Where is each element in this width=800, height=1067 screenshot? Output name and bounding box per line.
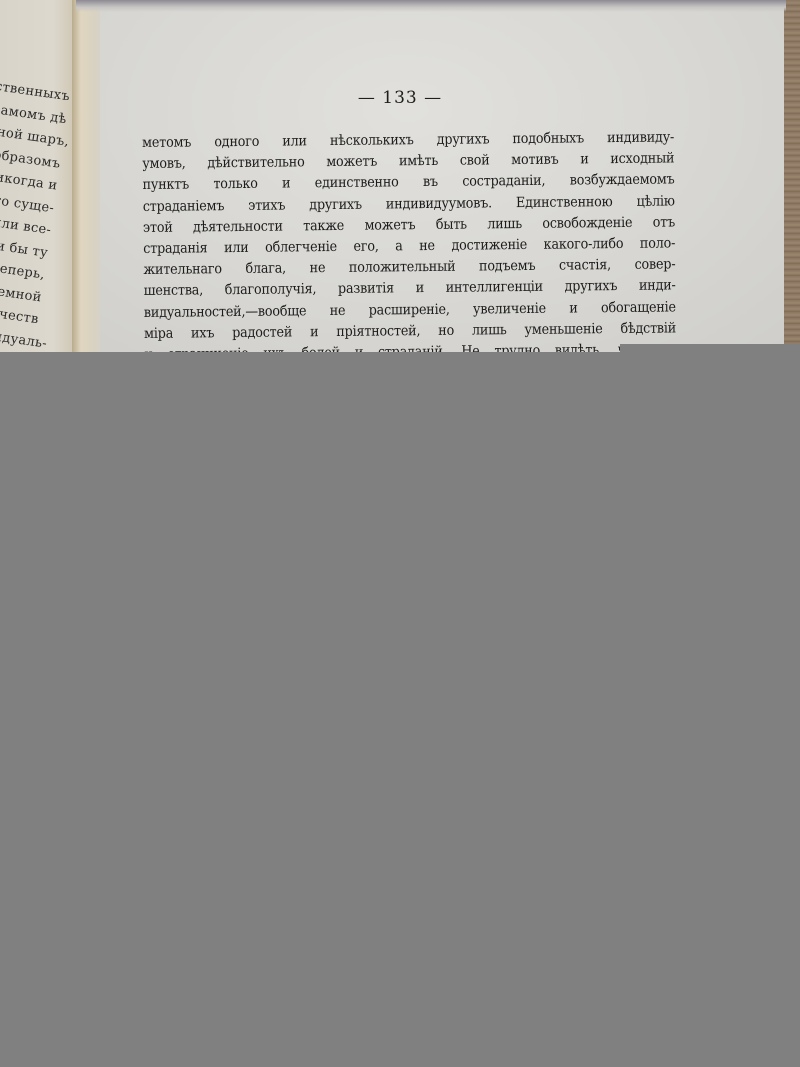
left-page: ственныхъ самомъ дѣ нной шаръ, образомъ … [0, 0, 76, 352]
page-number: — 133 — [0, 88, 800, 108]
book-photo: ственныхъ самомъ дѣ нной шаръ, образомъ … [0, 0, 800, 352]
left-page-text: ственныхъ самомъ дѣ нной шаръ, образомъ … [0, 76, 75, 352]
page-top-shadow [76, 0, 786, 12]
body-text: метомъ одного или нѣсколькихъ другихъ по… [142, 127, 676, 352]
gray-occluder [0, 352, 800, 1067]
wooden-table-edge [782, 0, 800, 352]
